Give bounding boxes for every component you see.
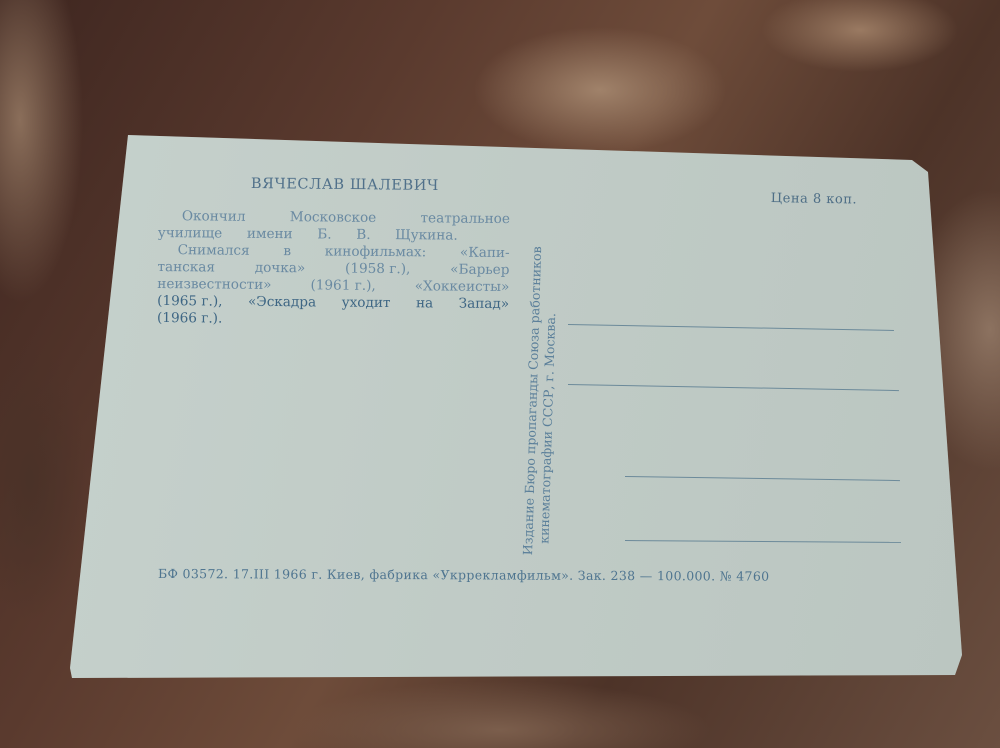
postcard-lighting <box>0 0 1000 748</box>
bio-word: (1961 г.), <box>310 277 375 295</box>
bio-word: неизвестности» <box>157 276 271 294</box>
bio-word: на <box>416 295 433 312</box>
bio-word: Окончил <box>182 208 246 226</box>
bio-word: «Хоккеисты» <box>415 278 510 296</box>
bio-word: Московское <box>290 209 377 227</box>
bio-word: «Эскадра <box>248 294 316 312</box>
print-imprint: БФ 03572. 17.III 1966 г. Киев, фабрика «… <box>158 566 770 584</box>
actor-name-title: ВЯЧЕСЛАВ ШАЛЕВИЧ <box>251 176 439 194</box>
bio-word: Снимался <box>178 242 250 260</box>
bio-word: (1958 г.), <box>345 261 410 279</box>
bio-word: Запад» <box>459 296 510 313</box>
bio-word: танская <box>157 259 215 277</box>
bio-word: театральное <box>420 210 509 228</box>
actor-biography: Окончил Московское театральное училище и… <box>157 208 510 330</box>
bio-word: (1965 г.), <box>157 293 222 311</box>
bio-line: (1966 г.). <box>157 310 509 330</box>
bio-word: «Барьер <box>450 262 509 280</box>
bio-word: Б. <box>317 226 331 243</box>
bio-word: дочка» <box>255 260 306 277</box>
price-label: Цена 8 коп. <box>771 191 857 208</box>
bio-word: «Капи- <box>460 245 510 262</box>
bio-word: имени <box>247 226 293 243</box>
bio-word: уходит <box>342 295 391 312</box>
bio-word: училище <box>158 225 223 243</box>
bio-word: в <box>283 243 291 260</box>
bio-word: Щукина. <box>395 227 458 245</box>
bio-word: (1966 г.). <box>157 310 222 328</box>
bio-word: кинофильмах: <box>325 243 427 261</box>
bio-word: В. <box>356 227 370 244</box>
